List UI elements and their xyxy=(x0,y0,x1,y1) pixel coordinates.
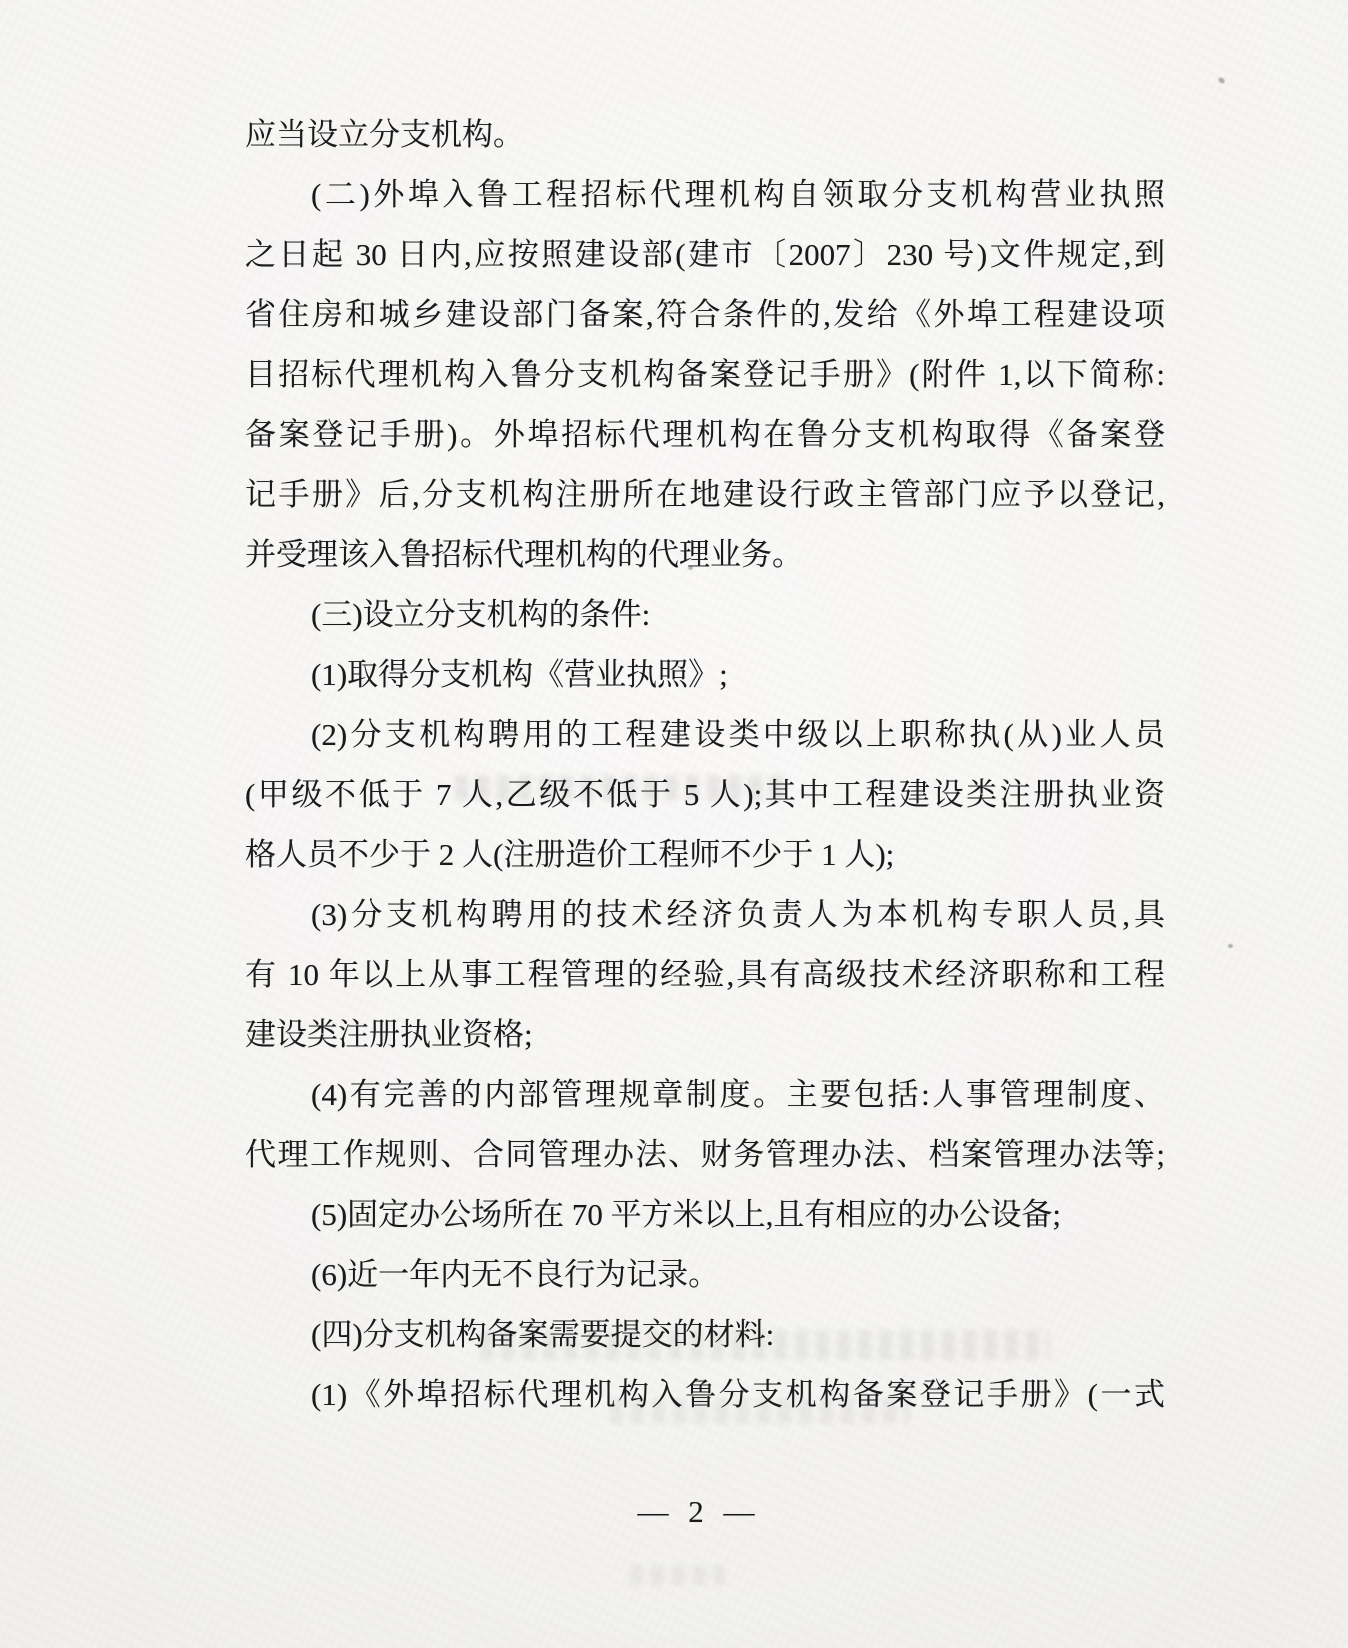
text-line: (3)分支机构聘用的技术经济负责人为本机构专职人员,具 xyxy=(245,885,1165,945)
scan-speck xyxy=(1217,76,1226,84)
text-line: 备案登记手册)。外埠招标代理机构在鲁分支机构取得《备案登 xyxy=(245,405,1165,465)
text-line: 格人员不少于 2 人(注册造价工程师不少于 1 人); xyxy=(245,825,1165,885)
text-line: (甲级不低于 7 人,乙级不低于 5 人);其中工程建设类注册执业资 xyxy=(245,765,1165,825)
document-body: 应当设立分支机构。 (二)外埠入鲁工程招标代理机构自领取分支机构营业执照 之日起… xyxy=(245,105,1165,1425)
text-line: (四)分支机构备案需要提交的材料: xyxy=(245,1305,1165,1365)
text-line: 有 10 年以上从事工程管理的经验,具有高级技术经济职称和工程 xyxy=(245,945,1165,1005)
text-line: (5)固定办公场所在 70 平方米以上,且有相应的办公设备; xyxy=(245,1185,1165,1245)
bleedthrough-artifact xyxy=(630,1565,725,1585)
text-line: 并受理该入鲁招标代理机构的代理业务。 xyxy=(245,525,1165,585)
page-number: — 2 — xyxy=(22,1494,1348,1530)
text-line: (1)取得分支机构《营业执照》; xyxy=(245,645,1165,705)
text-line: 建设类注册执业资格; xyxy=(245,1005,1165,1065)
text-line: (1)《外埠招标代理机构入鲁分支机构备案登记手册》(一式 xyxy=(245,1365,1165,1425)
text-line: 之日起 30 日内,应按照建设部(建市〔2007〕230 号)文件规定,到 xyxy=(245,225,1165,285)
text-line: 代理工作规则、合同管理办法、财务管理办法、档案管理办法等; xyxy=(245,1125,1165,1185)
scanned-page: { "page": { "footer": "— 2 —", "paper_co… xyxy=(0,0,1348,1648)
text-line: 省住房和城乡建设部门备案,符合条件的,发给《外埠工程建设项 xyxy=(245,285,1165,345)
text-line: (二)外埠入鲁工程招标代理机构自领取分支机构营业执照 xyxy=(245,165,1165,225)
text-line: 记手册》后,分支机构注册所在地建设行政主管部门应予以登记, xyxy=(245,465,1165,525)
text-line: 应当设立分支机构。 xyxy=(245,105,1165,165)
text-line: (三)设立分支机构的条件: xyxy=(245,585,1165,645)
text-line: 目招标代理机构入鲁分支机构备案登记手册》(附件 1,以下简称: xyxy=(245,345,1165,405)
scan-speck xyxy=(1228,944,1233,948)
text-line: (6)近一年内无不良行为记录。 xyxy=(245,1245,1165,1305)
text-line: (2)分支机构聘用的工程建设类中级以上职称执(从)业人员 xyxy=(245,705,1165,765)
text-line: (4)有完善的内部管理规章制度。主要包括:人事管理制度、 xyxy=(245,1065,1165,1125)
